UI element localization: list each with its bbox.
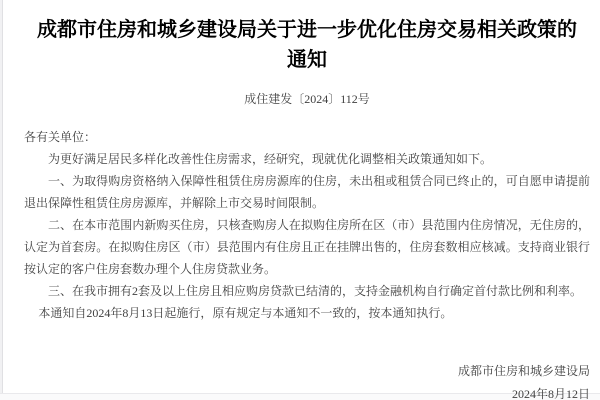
paragraph-item-1: 一、为取得购房资格纳入保障性租赁住房房源库的住房，未出租或租赁合同已终止的，可自…	[24, 170, 590, 214]
paragraph-effective-date: 本通知自2024年8月13日起施行，原有规定与本通知不一致的，按本通知执行。	[24, 302, 590, 324]
issue-date: 2024年8月12日	[24, 383, 590, 400]
paragraph-intro: 为更好满足居民多样化改善性住房需求，经研究，现就优化调整相关政策通知如下。	[24, 148, 590, 170]
paragraph-item-2: 二、在本市范围内新购买住房，只核查购房人在拟购住房所在区（市）县范围内住房情况，…	[24, 214, 590, 280]
notice-document-page: 成都市住房和城乡建设局关于进一步优化住房交易相关政策的通知 成住建发〔2024〕…	[0, 0, 600, 400]
notice-content: 成都市住房和城乡建设局关于进一步优化住房交易相关政策的通知 成住建发〔2024〕…	[0, 0, 600, 400]
notice-title: 成都市住房和城乡建设局关于进一步优化住房交易相关政策的通知	[31, 15, 583, 75]
document-number: 成住建发〔2024〕112号	[24, 92, 590, 106]
salutation: 各有关单位：	[24, 126, 590, 148]
notice-body: 各有关单位： 为更好满足居民多样化改善性住房需求，经研究，现就优化调整相关政策通…	[24, 126, 590, 324]
signature-block: 成都市住房和城乡建设局 2024年8月12日	[24, 360, 590, 400]
issuer-name: 成都市住房和城乡建设局	[24, 360, 590, 383]
paragraph-item-3: 三、在我市拥有2套及以上住房且相应购房贷款已结清的，支持金融机构自行确定首付款比…	[24, 280, 590, 302]
